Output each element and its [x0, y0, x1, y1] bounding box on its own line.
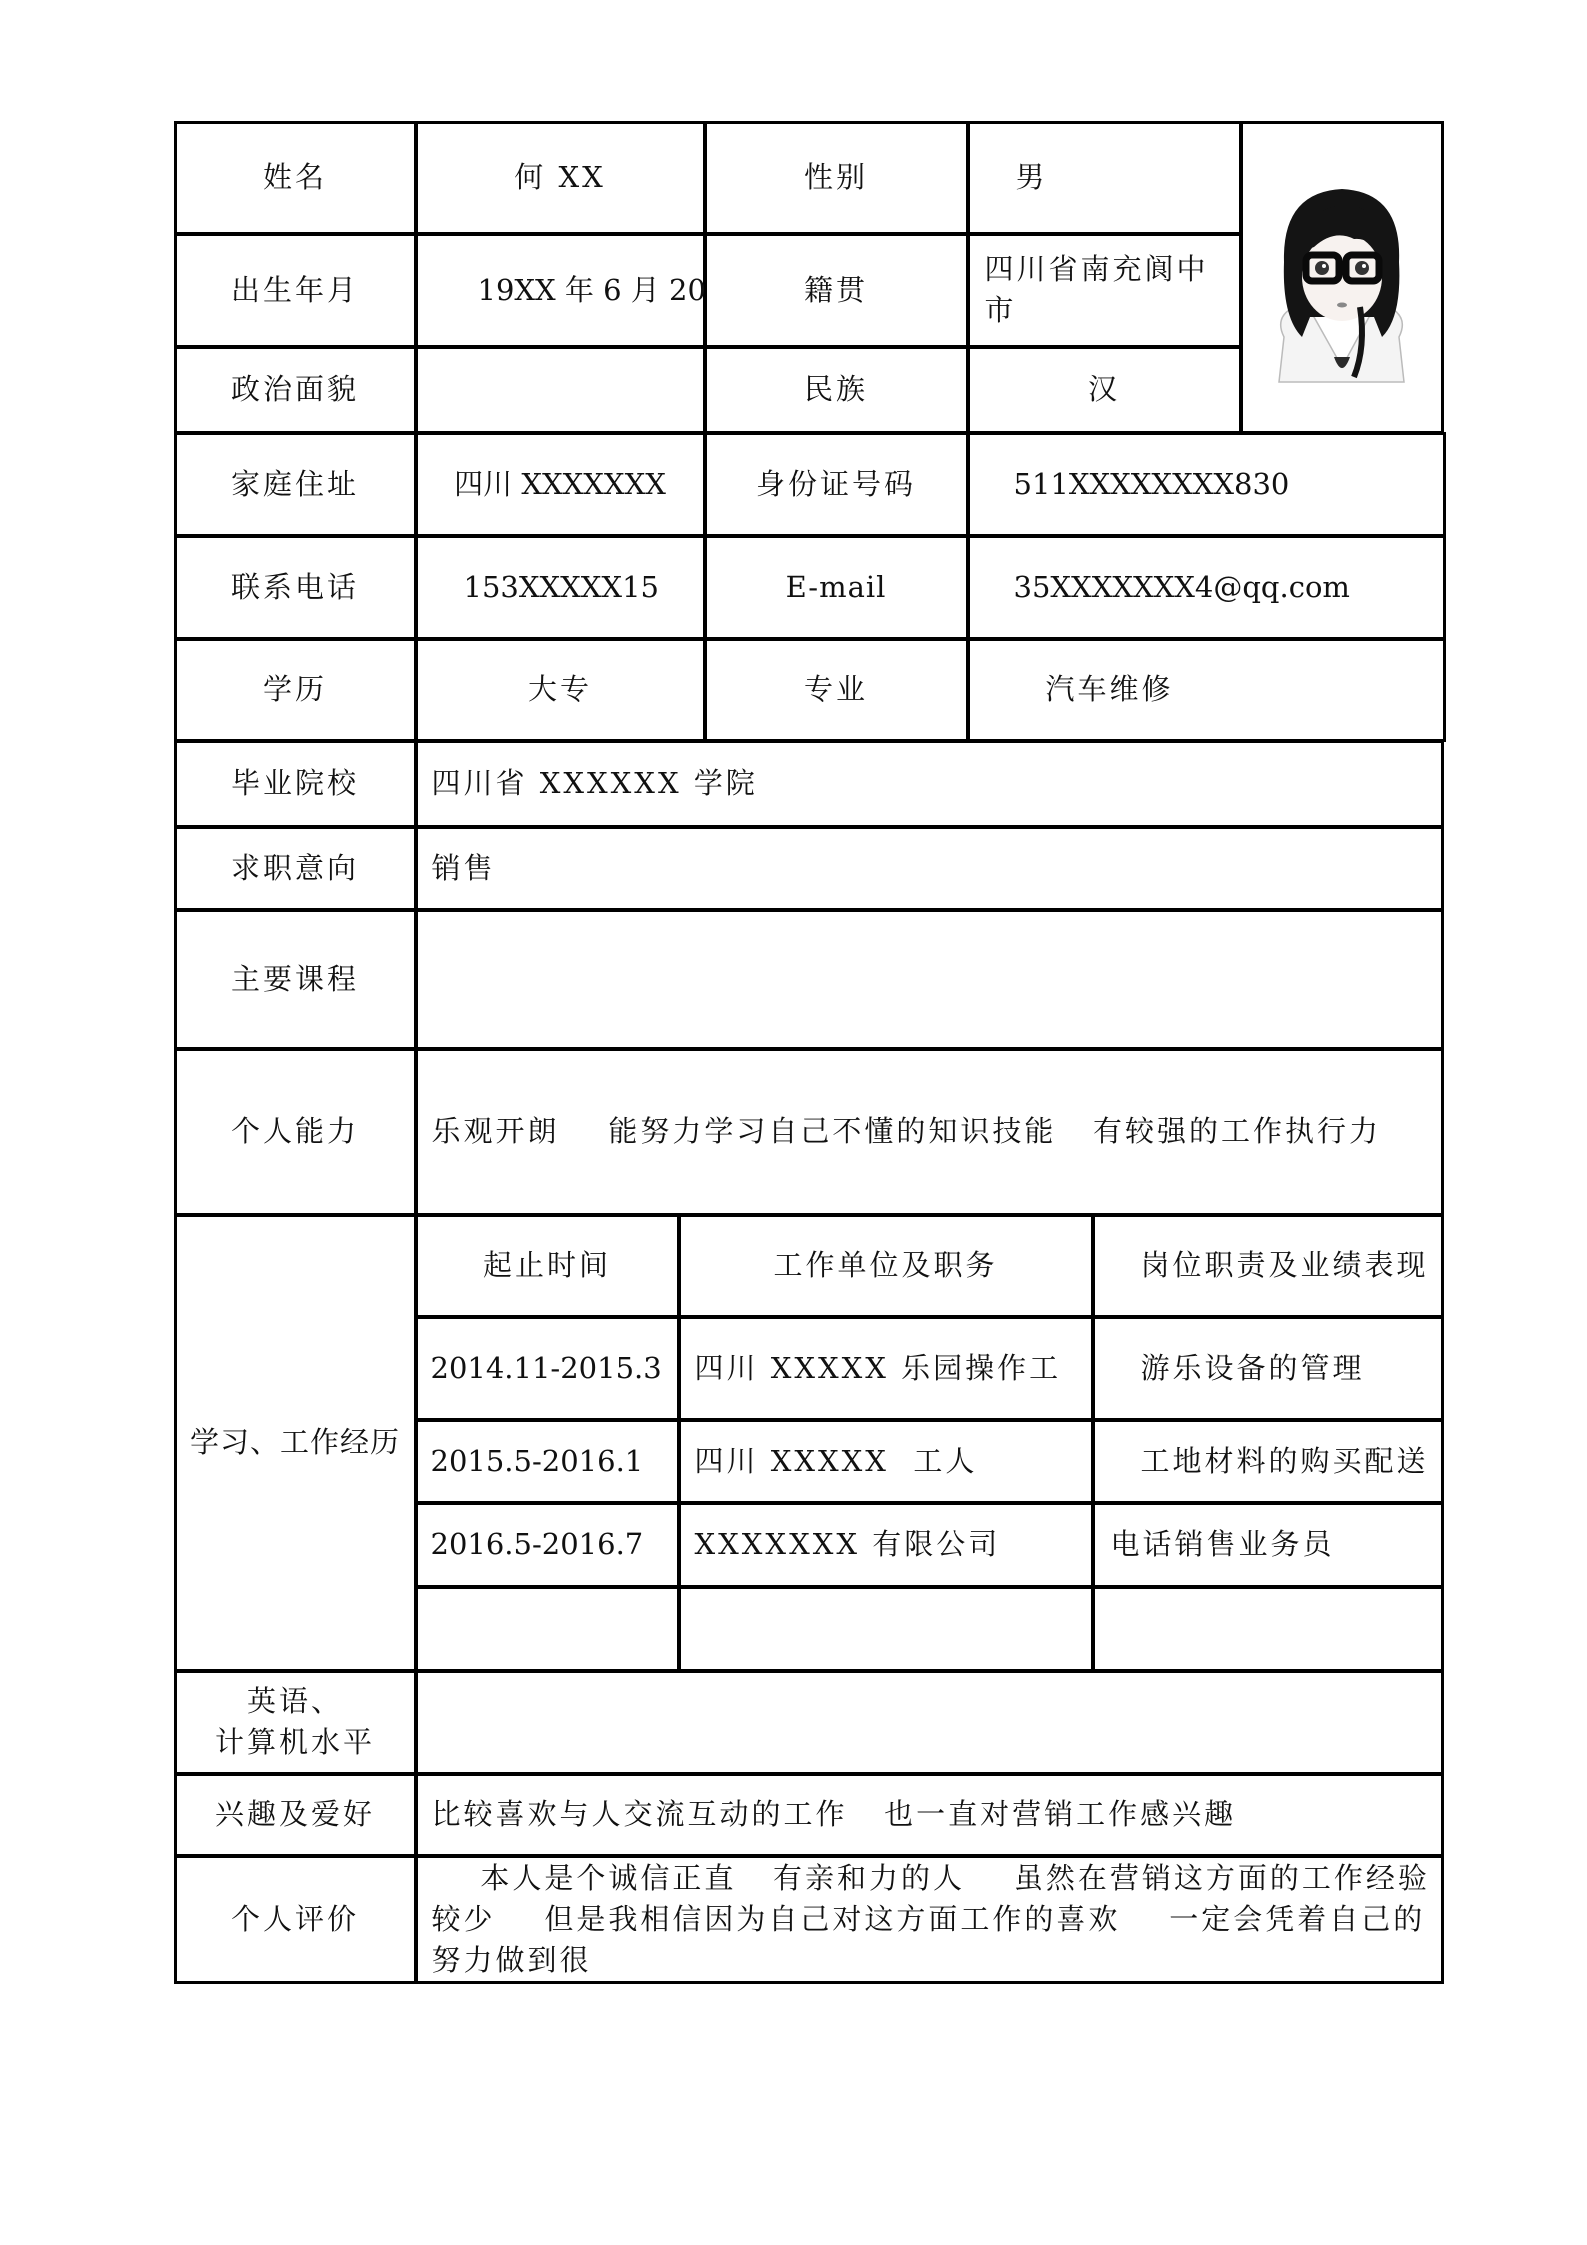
hobbies-label: 兴趣及爱好 [215, 1794, 375, 1835]
birth-value-cell: 19XX 年 6 月 20 [415, 233, 706, 348]
exp-row-4-period [415, 1586, 680, 1672]
courses-label: 主要课程 [231, 959, 359, 1000]
phone-value: 153XXXXX15 [464, 567, 659, 608]
email-value: 35XXXXXXX4@qq.com [1014, 567, 1350, 608]
exp-header-employer: 工作单位及职务 [678, 1214, 1094, 1318]
exp-row-1-employer: 四川 XXXXX 乐园操作工 [678, 1316, 1094, 1421]
name-value: 何 XX [514, 157, 606, 198]
id-label: 身份证号码 [756, 464, 916, 505]
exp-period: 2016.5-2016.7 [431, 1524, 644, 1565]
resume-page: 姓名 何 XX 性别 男 [0, 0, 1587, 2245]
self-eval-line-2: 较少 但是我相信因为自己对这方面工作的喜欢 一定会凭着自己的 [432, 1899, 1426, 1940]
name-label: 姓名 [263, 157, 327, 198]
exp-row-2-period: 2015.5-2016.1 [415, 1419, 680, 1504]
exp-row-2-employer: 四川 XXXXX 工人 [678, 1419, 1094, 1504]
exp-row-2-duties: 工地材料的购买配送 [1092, 1419, 1444, 1504]
address-label-cell: 家庭住址 [174, 432, 417, 537]
school-value-cell: 四川省 XXXXXX 学院 [415, 740, 1444, 828]
exp-period: 2015.5-2016.1 [431, 1441, 644, 1482]
hobbies-value-cell: 比较喜欢与人交流互动的工作 也一直对营销工作感兴趣 [415, 1773, 1444, 1857]
phone-label: 联系电话 [231, 567, 359, 608]
ability-label-cell: 个人能力 [174, 1048, 417, 1216]
courses-value-cell [415, 909, 1444, 1050]
birth-label-cell: 出生年月 [174, 233, 417, 348]
exp-row-3-period: 2016.5-2016.7 [415, 1502, 680, 1588]
major-label: 专业 [804, 669, 868, 710]
exp-period: 2014.11-2015.3 [431, 1348, 662, 1389]
native-place-label-cell: 籍贯 [704, 233, 969, 348]
exp-employer: XXXXXXX 有限公司 [695, 1524, 1001, 1565]
address-value-cell: 四川 XXXXXXX [415, 432, 706, 537]
exp-row-1-duties: 游乐设备的管理 [1092, 1316, 1444, 1421]
experience-label-cell: 学习、工作经历 [174, 1214, 417, 1672]
native-place-value-line2: 市 [985, 290, 1017, 331]
native-place-value-cell: 四川省南充阆中 市 [967, 233, 1242, 348]
job-intent-value-cell: 销售 [415, 826, 1444, 911]
education-label-cell: 学历 [174, 638, 417, 742]
birth-label: 出生年月 [231, 270, 359, 311]
gender-label: 性别 [804, 157, 868, 198]
experience-label: 学习、工作经历 [190, 1422, 400, 1463]
skills-label-line1: 英语、 [247, 1681, 343, 1722]
native-place-value-line1: 四川省南充阆中 [985, 249, 1209, 290]
phone-value-cell: 153XXXXX15 [415, 535, 706, 640]
ethnicity-label-cell: 民族 [704, 346, 969, 434]
ethnicity-value-cell: 汉 [967, 346, 1242, 434]
avatar-icon [1254, 167, 1429, 387]
id-value-cell: 511XXXXXXXX830 [967, 432, 1446, 537]
hobbies-value: 比较喜欢与人交流互动的工作 也一直对营销工作感兴趣 [432, 1794, 1237, 1835]
ability-value: 乐观开朗 能努力学习自己不懂的知识技能 有较强的工作执行力 [432, 1111, 1382, 1152]
self-eval-line-3: 努力做到很 [432, 1940, 592, 1981]
major-value-cell: 汽车维修 [967, 638, 1446, 742]
exp-row-3-duties: 电话销售业务员 [1092, 1502, 1444, 1588]
gender-value-cell: 男 [967, 121, 1242, 235]
id-value: 511XXXXXXXX830 [1014, 464, 1290, 505]
education-value-cell: 大专 [415, 638, 706, 742]
photo-cell [1240, 121, 1444, 434]
political-label-cell: 政治面貌 [174, 346, 417, 434]
email-label-cell: E-mail [704, 535, 969, 640]
exp-header-duties-label: 岗位职责及业绩表现 [1141, 1245, 1429, 1286]
id-label-cell: 身份证号码 [704, 432, 969, 537]
gender-label-cell: 性别 [704, 121, 969, 235]
major-value: 汽车维修 [1046, 669, 1174, 710]
self-eval-line-1: 本人是个诚信正直 有亲和力的人 虽然在营销这方面的工作经验 [432, 1858, 1430, 1899]
exp-duties: 工地材料的购买配送 [1141, 1441, 1429, 1482]
exp-employer: 四川 XXXXX 工人 [695, 1441, 978, 1482]
skills-label-cell: 英语、 计算机水平 [174, 1670, 417, 1775]
phone-label-cell: 联系电话 [174, 535, 417, 640]
self-eval-value-cell: 本人是个诚信正直 有亲和力的人 虽然在营销这方面的工作经验 较少 但是我相信因为… [415, 1855, 1444, 1984]
self-eval-label: 个人评价 [231, 1899, 359, 1940]
exp-employer: 四川 XXXXX 乐园操作工 [695, 1348, 1062, 1389]
skills-value-cell [415, 1670, 1444, 1775]
address-value: 四川 XXXXXXX [454, 464, 666, 505]
exp-duties: 游乐设备的管理 [1141, 1348, 1365, 1389]
gender-value: 男 [1016, 157, 1048, 198]
education-value: 大专 [528, 669, 592, 710]
school-label-cell: 毕业院校 [174, 740, 417, 828]
email-label: E-mail [786, 567, 887, 608]
name-label-cell: 姓名 [174, 121, 417, 235]
ability-label: 个人能力 [231, 1111, 359, 1152]
job-intent-label: 求职意向 [231, 848, 359, 889]
political-label: 政治面貌 [231, 369, 359, 410]
exp-header-employer-label: 工作单位及职务 [773, 1245, 997, 1286]
ability-value-cell: 乐观开朗 能努力学习自己不懂的知识技能 有较强的工作执行力 [415, 1048, 1444, 1216]
courses-label-cell: 主要课程 [174, 909, 417, 1050]
school-label: 毕业院校 [231, 763, 359, 804]
ethnicity-label: 民族 [804, 369, 868, 410]
email-value-cell: 35XXXXXXX4@qq.com [967, 535, 1446, 640]
hobbies-label-cell: 兴趣及爱好 [174, 1773, 417, 1857]
exp-header-duties: 岗位职责及业绩表现 [1092, 1214, 1444, 1318]
exp-header-period: 起止时间 [415, 1214, 680, 1318]
exp-row-1-period: 2014.11-2015.3 [415, 1316, 680, 1421]
skills-label-line2: 计算机水平 [215, 1722, 375, 1763]
education-label: 学历 [263, 669, 327, 710]
exp-duties: 电话销售业务员 [1111, 1524, 1335, 1565]
ethnicity-value: 汉 [1088, 369, 1120, 410]
exp-row-4-duties [1092, 1586, 1444, 1672]
birth-value: 19XX 年 6 月 20 [478, 270, 706, 311]
address-label: 家庭住址 [231, 464, 359, 505]
self-eval-label-cell: 个人评价 [174, 1855, 417, 1984]
exp-row-4-employer [678, 1586, 1094, 1672]
school-value: 四川省 XXXXXX 学院 [432, 763, 758, 804]
exp-header-period-label: 起止时间 [483, 1245, 611, 1286]
name-value-cell: 何 XX [415, 121, 706, 235]
political-value-cell [415, 346, 706, 434]
exp-row-3-employer: XXXXXXX 有限公司 [678, 1502, 1094, 1588]
job-intent-label-cell: 求职意向 [174, 826, 417, 911]
job-intent-value: 销售 [432, 848, 496, 889]
native-place-label: 籍贯 [804, 270, 868, 311]
major-label-cell: 专业 [704, 638, 969, 742]
